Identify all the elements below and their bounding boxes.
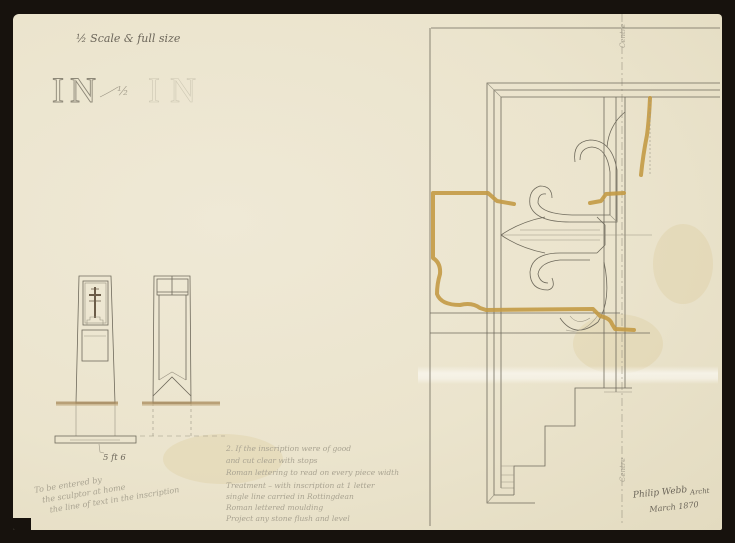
lettering-ratio: ½ bbox=[117, 84, 129, 98]
signature-title: Archt bbox=[689, 487, 711, 497]
signature-name: Philip Webb bbox=[631, 485, 687, 501]
svg-text:Roman lettering to read on eve: Roman lettering to read on every piece w… bbox=[225, 468, 399, 477]
scale-note: ½ Scale & full size bbox=[76, 32, 181, 45]
leader-line bbox=[100, 87, 118, 97]
centre-label-top: Centre bbox=[619, 24, 627, 48]
centre-label-bottom: Centre bbox=[619, 458, 627, 482]
lettering-sample: IN bbox=[52, 70, 102, 110]
architectural-drawing: ½ Scale & full size IN ½ IN 5 f bbox=[0, 0, 735, 543]
svg-text:2. If the inscription were of: 2. If the inscription were of good bbox=[225, 444, 351, 453]
svg-text:and cut clear with stops: and cut clear with stops bbox=[226, 456, 318, 465]
scale-label: 5 ft 6 bbox=[103, 453, 126, 463]
headstone-side-elevation bbox=[140, 276, 225, 436]
svg-text:Treatment – with inscription a: Treatment – with inscription at 1 letter bbox=[226, 481, 375, 490]
signature-block: Philip Webb Archt March 1870 bbox=[631, 483, 711, 516]
svg-text:Project any stone flush and le: Project any stone flush and level bbox=[225, 514, 350, 523]
notes-left: To be entered by the sculptor at home th… bbox=[34, 463, 180, 516]
full-size-moulding-detail: Centre Centre bbox=[430, 14, 720, 526]
lettering-ghost: IN bbox=[148, 70, 206, 110]
moulding-profile-wash-top bbox=[641, 98, 650, 175]
svg-text:single line carried in Rotting: single line carried in Rottingdean bbox=[226, 492, 354, 501]
svg-text:Roman lettered moulding: Roman lettered moulding bbox=[225, 503, 323, 512]
cross-icon bbox=[89, 287, 101, 318]
signature-date: March 1870 bbox=[648, 500, 699, 514]
notes-right: 2. If the inscription were of good and c… bbox=[225, 444, 399, 523]
headstone-front-elevation bbox=[55, 276, 136, 443]
